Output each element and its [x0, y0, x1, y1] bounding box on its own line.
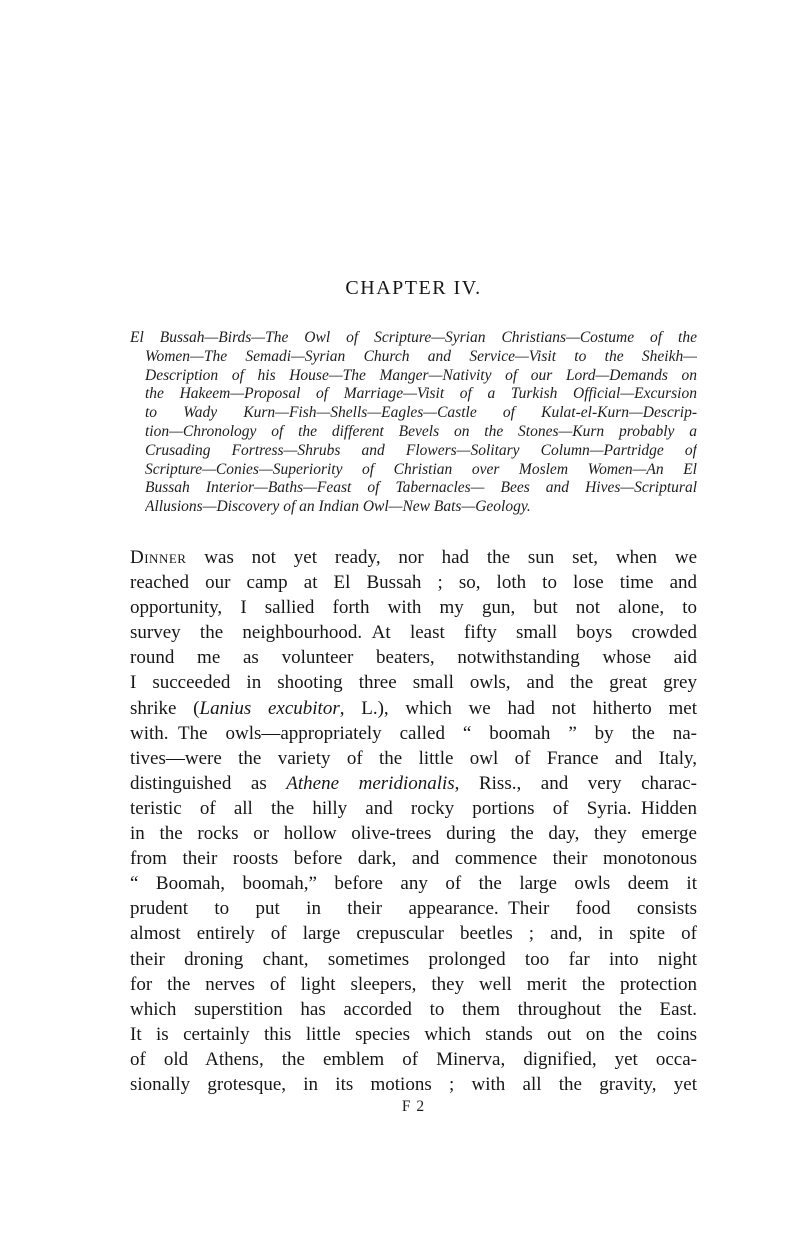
- text-run: almost entirely of large crepuscular bee…: [130, 923, 697, 944]
- text-run: which superstition has accorded to them …: [130, 999, 697, 1020]
- body-line: shrike (Lanius excubitor, L.), which we …: [130, 696, 697, 721]
- signature-mark: F 2: [130, 1098, 697, 1116]
- chapter-summary: El Bussah—Birds—The Owl of Scripture—Syr…: [145, 329, 697, 517]
- text-run: in the rocks or hollow olive-trees durin…: [130, 823, 697, 844]
- text-run: round me as volunteer beaters, notwithst…: [130, 647, 697, 668]
- body-line: with. The owls—appropriately called “ bo…: [130, 721, 697, 746]
- body-line: tives—were the variety of the little owl…: [130, 746, 697, 771]
- text-run: , Riss., and very charac-: [455, 773, 697, 794]
- body-line: survey the neighbourhood. At least fifty…: [130, 620, 697, 645]
- summary-line: Bussah Interior—Baths—Feast of Tabernacl…: [145, 479, 697, 498]
- body-line: It is certainly this little species whic…: [130, 1022, 697, 1047]
- text-run: of old Athens, the emblem of Minerva, di…: [130, 1049, 697, 1070]
- text-run: teristic of all the hilly and rocky port…: [130, 798, 697, 819]
- text-run: prudent to put in their appearance. Thei…: [130, 898, 697, 919]
- body-line: which superstition has accorded to them …: [130, 997, 697, 1022]
- smallcaps-opening-word: Dinner: [130, 547, 186, 568]
- text-run: I succeeded in shooting three small owls…: [130, 672, 697, 693]
- body-line: “ Boomah, boomah,” before any of the lar…: [130, 871, 697, 896]
- body-line: of old Athens, the emblem of Minerva, di…: [130, 1047, 697, 1072]
- text-run: tives—were the variety of the little owl…: [130, 748, 697, 769]
- summary-line: to Wady Kurn—Fish—Shells—Eagles—Castle o…: [145, 404, 697, 423]
- body-text: Dinner was not yet ready, nor had the su…: [130, 545, 697, 1097]
- body-line: for the nerves of light sleepers, they w…: [130, 972, 697, 997]
- body-line: reached our camp at El Bussah ; so, loth…: [130, 570, 697, 595]
- body-line: almost entirely of large crepuscular bee…: [130, 921, 697, 946]
- summary-line: Women—The Semadi—Syrian Church and Servi…: [145, 348, 697, 367]
- body-line: teristic of all the hilly and rocky port…: [130, 796, 697, 821]
- text-run: sionally grotesque, in its motions ; wit…: [130, 1074, 697, 1095]
- summary-line: Scripture—Conies—Superiority of Christia…: [145, 461, 697, 480]
- body-line: from their roosts before dark, and comme…: [130, 846, 697, 871]
- body-line: their droning chant, sometimes prolonged…: [130, 947, 697, 972]
- summary-line: Allusions—Discovery of an Indian Owl—New…: [145, 498, 697, 517]
- text-run: , L.), which we had not hitherto met: [340, 698, 697, 719]
- book-page: CHAPTER IV. El Bussah—Birds—The Owl of S…: [0, 0, 800, 1237]
- text-run: was not yet ready, nor had the sun set, …: [186, 547, 697, 568]
- text-run: their droning chant, sometimes prolonged…: [130, 949, 697, 970]
- summary-line: Crusading Fortress—Shrubs and Flowers—So…: [145, 442, 697, 461]
- text-run: reached our camp at El Bussah ; so, loth…: [130, 572, 697, 593]
- summary-line: Description of his House—The Manger—Nati…: [145, 367, 697, 386]
- text-run: It is certainly this little species whic…: [130, 1024, 697, 1045]
- text-run: for the nerves of light sleepers, they w…: [130, 974, 697, 995]
- species-latin-name: Athene meridionalis: [286, 773, 454, 794]
- body-line: sionally grotesque, in its motions ; wit…: [130, 1072, 697, 1097]
- species-latin-name: Lanius excubitor: [200, 698, 340, 719]
- text-run: distinguished as: [130, 773, 286, 794]
- text-run: survey the neighbourhood. At least fifty…: [130, 622, 697, 643]
- summary-line: the Hakeem—Proposal of Marriage—Visit of…: [145, 385, 697, 404]
- body-line: distinguished as Athene meridionalis, Ri…: [130, 771, 697, 796]
- text-run: “ Boomah, boomah,” before any of the lar…: [130, 873, 697, 894]
- body-line: I succeeded in shooting three small owls…: [130, 670, 697, 695]
- text-run: from their roosts before dark, and comme…: [130, 848, 697, 869]
- summary-line: El Bussah—Birds—The Owl of Scripture—Syr…: [130, 329, 697, 348]
- text-run: opportunity, I sallied forth with my gun…: [130, 597, 697, 618]
- text-run: with. The owls—appropriately called “ bo…: [130, 723, 697, 744]
- text-run: shrike (: [130, 698, 200, 719]
- body-line: in the rocks or hollow olive-trees durin…: [130, 821, 697, 846]
- summary-line: tion—Chronology of the different Bevels …: [145, 423, 697, 442]
- chapter-heading: CHAPTER IV.: [130, 277, 697, 300]
- body-line: Dinner was not yet ready, nor had the su…: [130, 545, 697, 570]
- body-line: round me as volunteer beaters, notwithst…: [130, 645, 697, 670]
- body-line: prudent to put in their appearance. Thei…: [130, 896, 697, 921]
- body-line: opportunity, I sallied forth with my gun…: [130, 595, 697, 620]
